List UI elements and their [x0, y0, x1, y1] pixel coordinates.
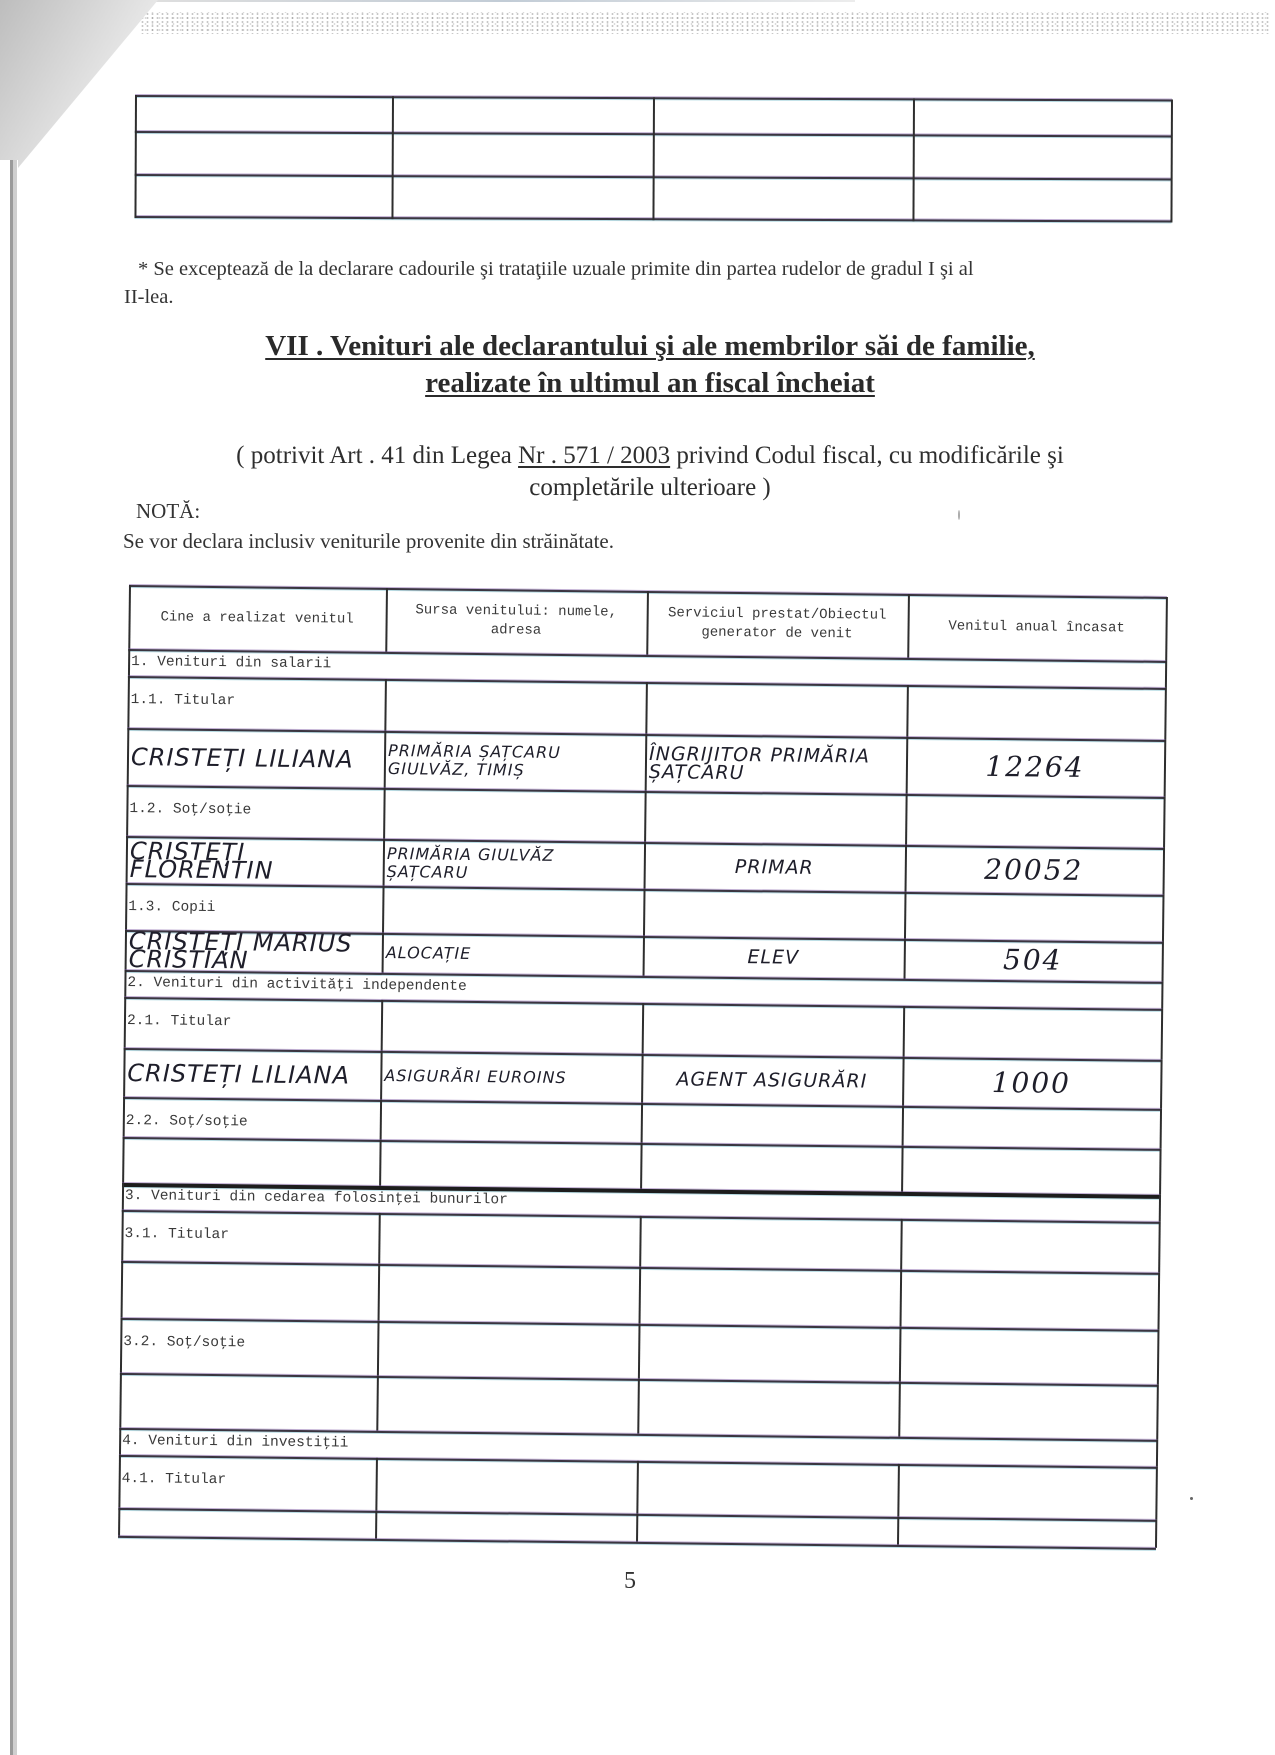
entry-income-cell[interactable] [905, 1150, 1155, 1191]
table-rule [637, 1379, 639, 1434]
page-number: 5 [624, 1568, 636, 1595]
entry-service-cell[interactable] [641, 1383, 895, 1433]
subsection-label: 3.1. Titular [124, 1226, 229, 1243]
section-heading: 1. Venituri din salarii [131, 654, 331, 672]
legal-line-2: completările ulterioare ) [120, 472, 1180, 504]
table-rule [1156, 1440, 1158, 1467]
table-rule [1155, 1467, 1157, 1520]
table-rule [119, 1428, 121, 1455]
table-rule [1158, 1222, 1160, 1273]
entry-service-cell[interactable] [643, 1271, 897, 1323]
table-rule [636, 1514, 638, 1542]
subsection-label: 3.2. Soţ/soţie [123, 1334, 245, 1351]
table-rule [645, 734, 647, 791]
entry-income-cell[interactable]: 12264 [910, 741, 1161, 793]
table-rule [897, 1464, 899, 1517]
table-rule [120, 1318, 122, 1373]
table-rule [384, 731, 386, 788]
entry-service-cell[interactable]: ELEV [647, 940, 900, 975]
table-rule [642, 1003, 644, 1054]
table-rule [126, 785, 128, 836]
table-rule [124, 997, 126, 1048]
column-header: Cine a realizat venitul [132, 587, 382, 650]
table-rule [381, 1000, 383, 1051]
table-rule [377, 1321, 379, 1376]
entry-source-cell[interactable] [379, 1515, 632, 1538]
subsection-label: 4.1. Titular [122, 1471, 227, 1488]
table-rule [900, 1219, 902, 1270]
table-rule [906, 685, 908, 737]
subsection-label: 1.2. Soţ/soţie [129, 801, 251, 818]
entry-who-cell[interactable] [125, 1265, 375, 1317]
table-rule [1163, 797, 1165, 848]
income-table: Cine a realizat venitulSursa venitului: … [118, 585, 1167, 1548]
table-rule [122, 1137, 124, 1183]
entry-who-cell[interactable]: CRISTEȚI LILIANA [131, 732, 381, 784]
entry-source-cell[interactable]: PRIMĂRIA GIULVĂZ ȘAȚCARU [387, 843, 640, 885]
table-rule [376, 1376, 378, 1431]
table-rule [122, 1183, 124, 1210]
table-rule [383, 788, 385, 839]
table-rule [128, 585, 130, 649]
table-rule [385, 588, 387, 652]
table-rule [903, 1006, 905, 1057]
table-rule [641, 1103, 643, 1143]
entry-service-cell[interactable]: ÎNGRIJITOR PRIMĂRIA ȘAȚCARU [649, 738, 903, 790]
entry-source-cell[interactable]: ASIGURĂRI EUROINS [384, 1055, 637, 1099]
subsection-label: 1.3. Copii [128, 899, 215, 916]
table-rule [1161, 942, 1163, 982]
table-rule [123, 1048, 125, 1097]
table-rule [1160, 1060, 1162, 1109]
table-rule [118, 1508, 120, 1536]
table-rule [646, 591, 648, 655]
table-rule [375, 1511, 377, 1539]
entry-service-cell[interactable]: PRIMAR [648, 846, 901, 888]
table-rule [1159, 1149, 1161, 1195]
law-reference: Nr . 571 / 2003 [518, 442, 670, 469]
table-rule [1162, 848, 1164, 895]
table-rule [378, 1264, 380, 1321]
table-rule [899, 1327, 901, 1382]
scan-speck [1190, 1497, 1193, 1500]
entry-who-cell[interactable] [123, 1377, 373, 1427]
previous-section-table [134, 95, 1172, 223]
entry-source-cell[interactable]: PRIMĂRIA ȘAȚCARU GIULVĂZ, TIMIȘ [388, 735, 642, 787]
section-heading: 2. Venituri din activităţi independente [127, 975, 467, 995]
subsection-label: 2.1. Titular [127, 1013, 232, 1030]
table-rule [118, 1455, 120, 1508]
entry-source-cell[interactable] [380, 1380, 634, 1430]
table-rule [380, 1100, 382, 1140]
entry-income-cell[interactable] [901, 1521, 1151, 1544]
section-title-line-2: realizate în ultimul an fiscal încheiat [425, 367, 875, 399]
column-header: Sursa venitului: numele, adresa [389, 590, 643, 653]
entry-who-cell[interactable] [122, 1512, 371, 1535]
table-rule [1159, 1195, 1161, 1222]
entry-source-cell[interactable] [383, 1144, 636, 1185]
table-rule [125, 883, 127, 930]
legal-prefix: ( potrivit Art . 41 din Legea [236, 442, 518, 469]
table-rule [652, 97, 654, 220]
table-rule [384, 679, 386, 731]
entry-income-cell[interactable]: 20052 [909, 849, 1159, 891]
legal-suffix: privind Codul fiscal, cu modificările şi [670, 442, 1064, 469]
table-rule [641, 1054, 643, 1103]
entry-service-cell[interactable]: AGENT ASIGURĂRI [645, 1058, 898, 1102]
table-rule [907, 594, 909, 658]
table-rule [645, 682, 647, 734]
table-rule [125, 930, 127, 970]
table-rule [904, 892, 906, 939]
section-heading: 4. Venituri din investiţii [122, 1433, 348, 1452]
table-rule [1155, 1520, 1157, 1548]
entry-income-cell[interactable]: 1000 [906, 1061, 1156, 1105]
footnote-line-2: II-lea. [124, 283, 1178, 311]
table-rule [123, 1097, 125, 1137]
entry-who-cell[interactable] [126, 1141, 375, 1182]
table-rule [1161, 1009, 1163, 1060]
entry-who-cell[interactable]: CRISTEȚI MARIUS CRISTIAN [129, 934, 378, 969]
table-rule [898, 1382, 900, 1437]
table-rule [644, 842, 646, 889]
table-rule [1165, 597, 1167, 661]
table-rule [379, 1140, 381, 1186]
table-rule [391, 96, 393, 219]
entry-service-cell[interactable] [644, 1147, 897, 1188]
legal-reference: ( potrivit Art . 41 din Legea Nr . 571 /… [120, 440, 1180, 504]
note-label: NOTĂ: [136, 499, 200, 524]
table-rule [134, 95, 136, 218]
table-rule [900, 1270, 902, 1327]
subsection-label: 2.2. Soţ/soţie [126, 1113, 248, 1130]
scan-edge-line [155, 0, 855, 2]
table-rule [643, 936, 645, 976]
table-rule [644, 791, 646, 842]
table-rule [638, 1324, 640, 1379]
entry-income-cell[interactable]: 504 [908, 943, 1158, 978]
section-heading: 3. Venituri din cedarea folosinţei bunur… [125, 1188, 508, 1208]
table-rule [380, 1051, 382, 1100]
table-rule [382, 886, 384, 933]
table-rule [128, 649, 130, 676]
table-rule [643, 889, 645, 936]
table-rule [639, 1267, 641, 1324]
table-rule [119, 1373, 121, 1428]
table-rule [1157, 1330, 1159, 1385]
table-rule [1156, 1385, 1158, 1440]
table-rule [124, 970, 126, 997]
gifts-footnote: * Se exceptează de la declarare cadouril… [138, 255, 1178, 311]
table-rule [121, 1261, 123, 1318]
table-rule [902, 1106, 904, 1146]
table-rule [1160, 1109, 1162, 1149]
table-rule [127, 728, 129, 785]
scan-noise-band [140, 12, 1270, 34]
section-title: VII . Venituri ale declarantului şi ale … [120, 328, 1180, 402]
table-rule [1164, 740, 1166, 797]
table-rule [905, 845, 907, 892]
page-left-edge-shadow [0, 160, 18, 1755]
table-rule [126, 836, 128, 883]
entry-service-cell[interactable] [640, 1518, 893, 1541]
table-rule [378, 1213, 380, 1264]
table-rule [901, 1146, 903, 1192]
table-rule [382, 933, 384, 973]
table-rule [640, 1143, 642, 1189]
table-rule [902, 1057, 904, 1106]
entry-who-cell[interactable]: CRISTEȚI FLORENTIN [130, 840, 379, 882]
entry-income-cell[interactable] [902, 1386, 1153, 1436]
table-rule [905, 794, 907, 845]
table-rule [904, 939, 906, 979]
table-rule [639, 1216, 641, 1267]
table-rule [1170, 100, 1172, 223]
table-rule [1162, 895, 1164, 942]
table-rule [1157, 1273, 1159, 1330]
entry-who-cell[interactable]: CRISTEȚI LILIANA [127, 1052, 376, 1096]
table-rule [375, 1458, 377, 1511]
section-title-line-1: VII . Venituri ale declarantului şi ale … [265, 330, 1035, 362]
column-header: Venitul anual încasat [911, 596, 1162, 659]
table-rule [912, 98, 914, 221]
entry-income-cell[interactable] [904, 1274, 1155, 1326]
table-rule [897, 1517, 899, 1545]
table-rule [127, 676, 129, 728]
note-text: Se vor declara inclusiv veniturile prove… [123, 529, 614, 554]
column-header: Serviciul prestat/Obiectul generator de … [650, 593, 904, 656]
table-rule [383, 839, 385, 886]
table-rule [1164, 688, 1166, 740]
footnote-line-1: * Se exceptează de la declarare cadouril… [138, 255, 1178, 283]
table-rule [906, 737, 908, 794]
table-rule [636, 1461, 638, 1514]
table-rule [1161, 982, 1163, 1009]
table-rule [121, 1210, 123, 1261]
subsection-label: 1.1. Titular [131, 692, 236, 709]
entry-source-cell[interactable]: ALOCAȚIE [386, 937, 639, 972]
table-rule [1165, 661, 1167, 688]
scan-speck [958, 510, 960, 520]
entry-source-cell[interactable] [382, 1268, 636, 1320]
